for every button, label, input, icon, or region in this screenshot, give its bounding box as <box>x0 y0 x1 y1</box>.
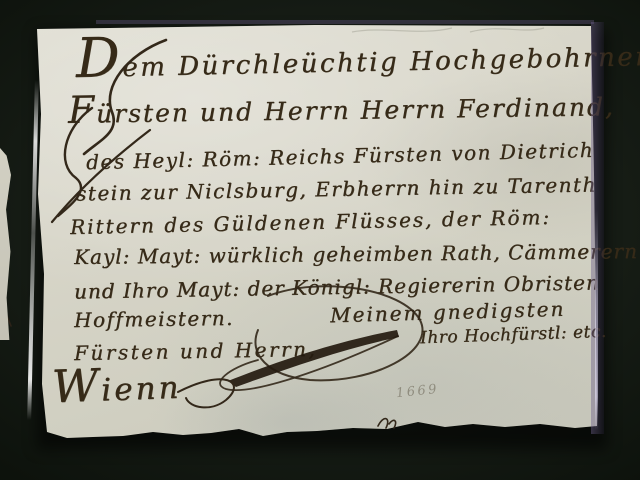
letter-line-5: Rittern des Güldenen Flüsses, der Röm: <box>70 205 552 239</box>
pencil-date-annotation: 1669 <box>395 382 439 401</box>
place-name: Wienn <box>51 370 182 410</box>
letter-line-3: des Heyl: Röm: Reichs Fürsten von Dietri… <box>86 138 595 174</box>
closing-left: Fürsten und Herrn, <box>74 337 318 365</box>
letter-text: Dem Dürchleüchtig Hochgebohrnen Fürsten … <box>0 0 640 480</box>
dedication-right: Meinem gnedigsten <box>330 297 566 328</box>
letter-line-1: Dem Dürchleüchtig Hochgebohrnen <box>76 42 640 84</box>
closing-right: Ihro Hochfürstl: etc. <box>420 322 607 349</box>
sleeve-glint-right <box>595 210 598 430</box>
letter-line-2: Fürsten und Herrn Herrn Ferdinand, <box>68 92 615 129</box>
letter-line-8: Hoffmeistern. <box>74 306 234 332</box>
letter-line-6: Kayl: Mayt: würklich geheimben Rath, Cäm… <box>74 239 638 269</box>
plastic-sleeve-top-edge <box>96 20 594 24</box>
photograph-of-manuscript: Dem Dürchleüchtig Hochgebohrnen Fürsten … <box>0 0 640 480</box>
letter-line-4: stein zur Niclsburg, Erbherrn hin zu Tar… <box>76 172 597 205</box>
